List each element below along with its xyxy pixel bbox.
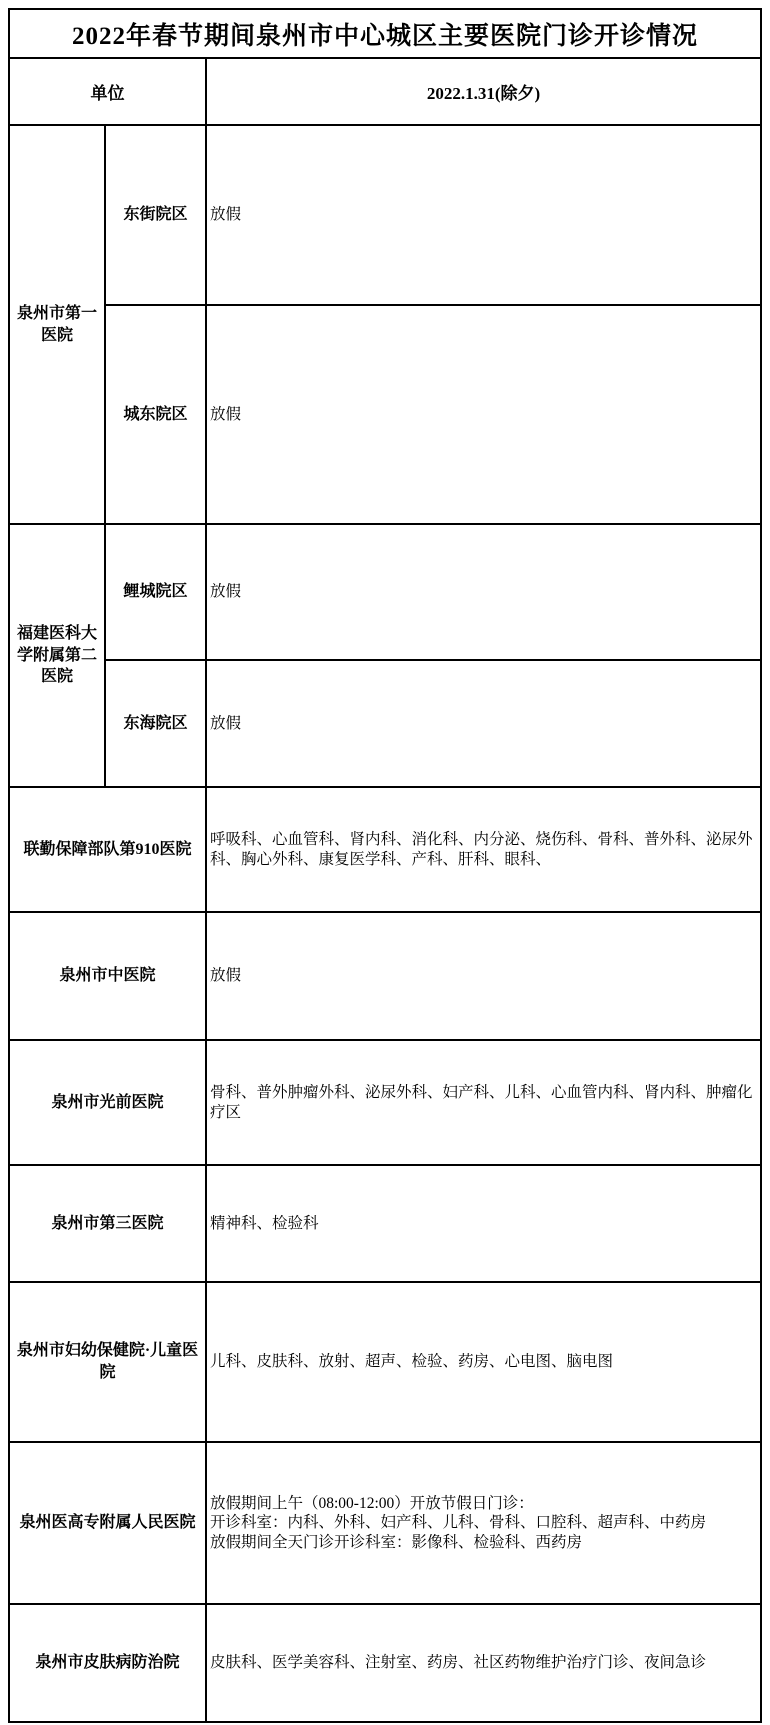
table-title: 2022年春节期间泉州市中心城区主要医院门诊开诊情况 [10, 10, 760, 57]
page: 2022年春节期间泉州市中心城区主要医院门诊开诊情况 单位 2022.1.31(… [0, 0, 770, 1725]
hospital-name-cell: 泉州市第一医院 [10, 126, 104, 523]
department-line: 开诊科室：内科、外科、妇产科、儿科、骨科、口腔科、超声科、中药房 [210, 1513, 706, 1532]
campus-name-cell: 东海院区 [106, 661, 205, 786]
departments-cell: 放假期间上午（08:00-12:00）开放节假日门诊： 开诊科室：内科、外科、妇… [207, 1443, 760, 1603]
departments-cell: 儿科、皮肤科、放射、超声、检验、药房、心电图、脑电图 [207, 1283, 760, 1441]
hospital-name-cell: 福建医科大学附属第二医院 [10, 525, 104, 786]
departments-cell: 精神科、检验科 [207, 1166, 760, 1281]
hospital-name-cell: 泉州市第三医院 [10, 1166, 205, 1281]
departments-cell: 皮肤科、医学美容科、注射室、药房、社区药物维护治疗门诊、夜间急诊 [207, 1605, 760, 1721]
departments-cell: 呼吸科、心血管科、肾内科、消化科、内分泌、烧伤科、骨科、普外科、泌尿外科、胸心外… [207, 788, 760, 911]
hospital-name-cell: 泉州市中医院 [10, 913, 205, 1039]
departments-cell: 放假 [207, 525, 760, 659]
hospital-name-cell: 泉州市妇幼保健院·儿童医院 [10, 1283, 205, 1441]
departments-cell: 放假 [207, 306, 760, 523]
departments-cell: 放假 [207, 126, 760, 304]
departments-cell: 骨科、普外肿瘤外科、泌尿外科、妇产科、儿科、心血管内科、肾内科、肿瘤化疗区 [207, 1041, 760, 1164]
hospital-schedule-table: 2022年春节期间泉州市中心城区主要医院门诊开诊情况 单位 2022.1.31(… [8, 8, 762, 1723]
date-column-header: 2022.1.31(除夕) [207, 59, 760, 124]
department-line: 放假期间上午（08:00-12:00）开放节假日门诊： [210, 1494, 534, 1513]
unit-column-header: 单位 [10, 59, 205, 124]
departments-cell: 放假 [207, 913, 760, 1039]
campus-name-cell: 鲤城院区 [106, 525, 205, 659]
hospital-name-cell: 联勤保障部队第910医院 [10, 788, 205, 911]
department-line: 放假期间全天门诊开诊科室：影像科、检验科、西药房 [210, 1533, 582, 1552]
departments-cell: 放假 [207, 661, 760, 786]
hospital-name-cell: 泉州医高专附属人民医院 [10, 1443, 205, 1603]
campus-name-cell: 东街院区 [106, 126, 205, 304]
hospital-name-cell: 泉州市皮肤病防治院 [10, 1605, 205, 1721]
hospital-name-cell: 泉州市光前医院 [10, 1041, 205, 1164]
campus-name-cell: 城东院区 [106, 306, 205, 523]
